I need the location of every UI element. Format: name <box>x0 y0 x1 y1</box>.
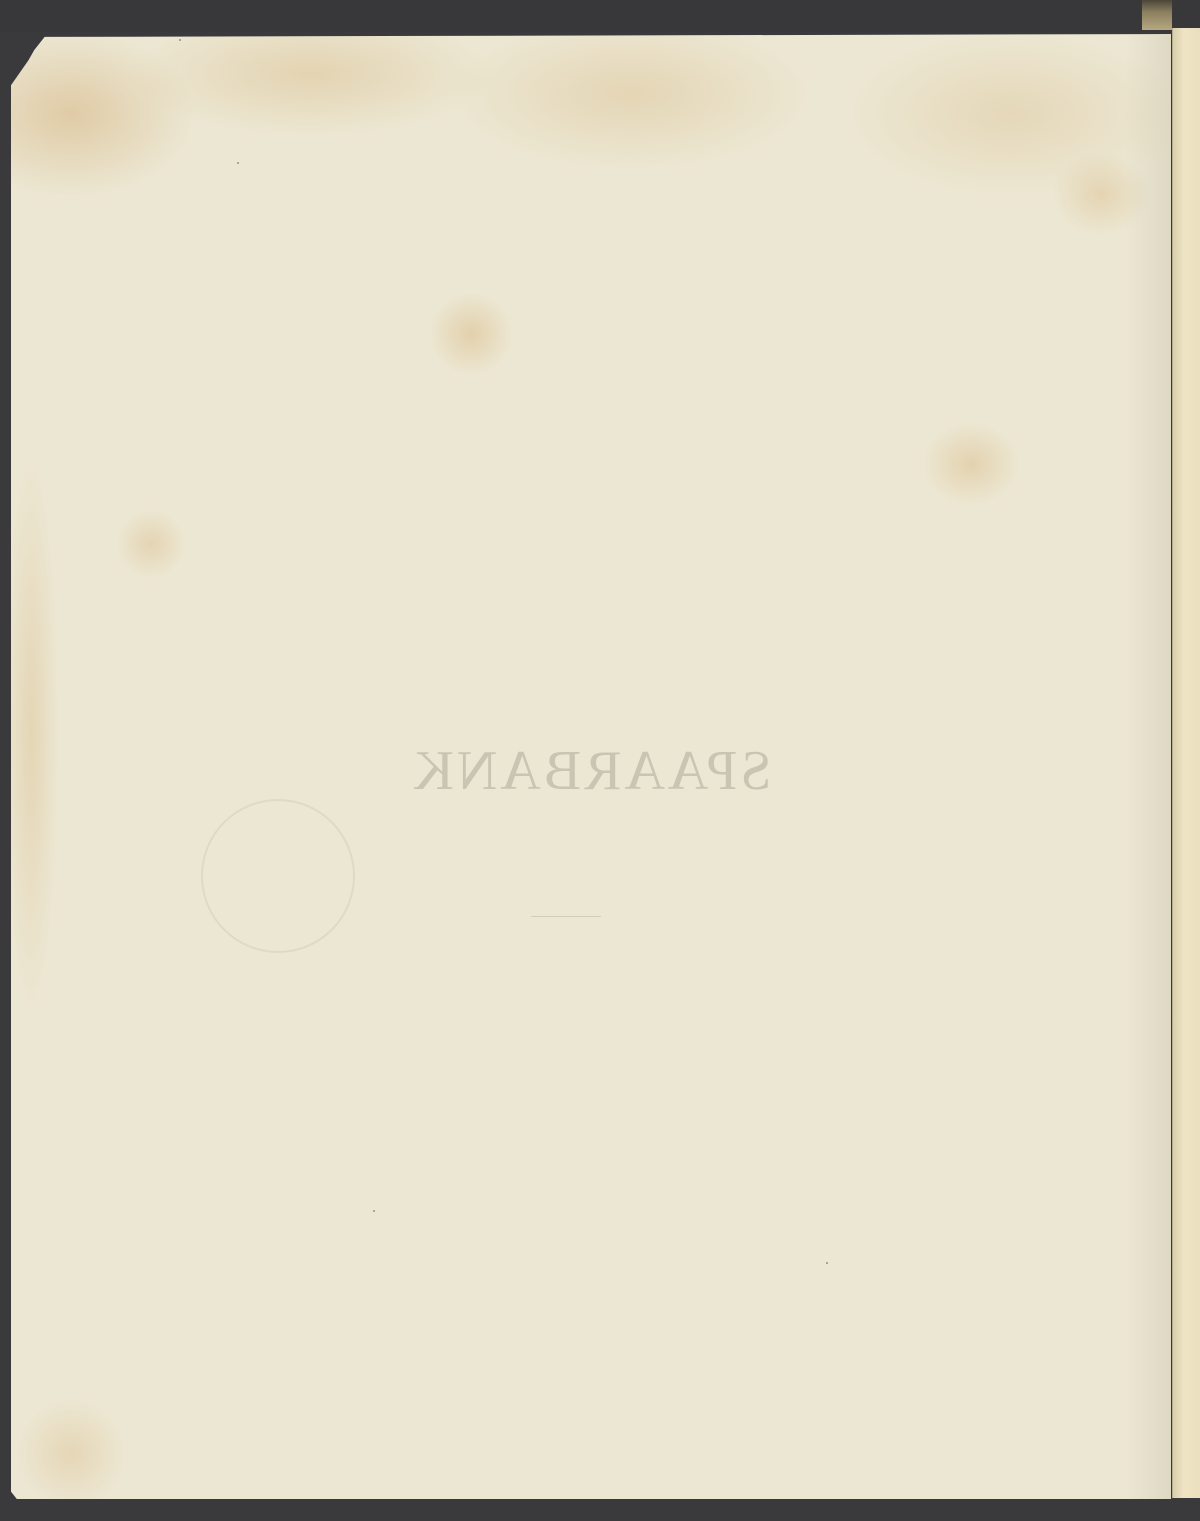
speck <box>826 1262 828 1264</box>
speck <box>373 1210 375 1212</box>
speck <box>237 162 239 164</box>
book-spine-edge <box>1142 0 1172 30</box>
bleed-through-rule <box>531 916 601 917</box>
library-stamp-bleed <box>201 799 355 953</box>
bleed-through-title: SPAARBANK <box>11 739 1171 803</box>
scanner-top-strip <box>0 0 1200 32</box>
adjacent-page-edge <box>1172 28 1200 1498</box>
speck <box>179 39 181 41</box>
book-page: SPAARBANK <box>11 34 1171 1499</box>
